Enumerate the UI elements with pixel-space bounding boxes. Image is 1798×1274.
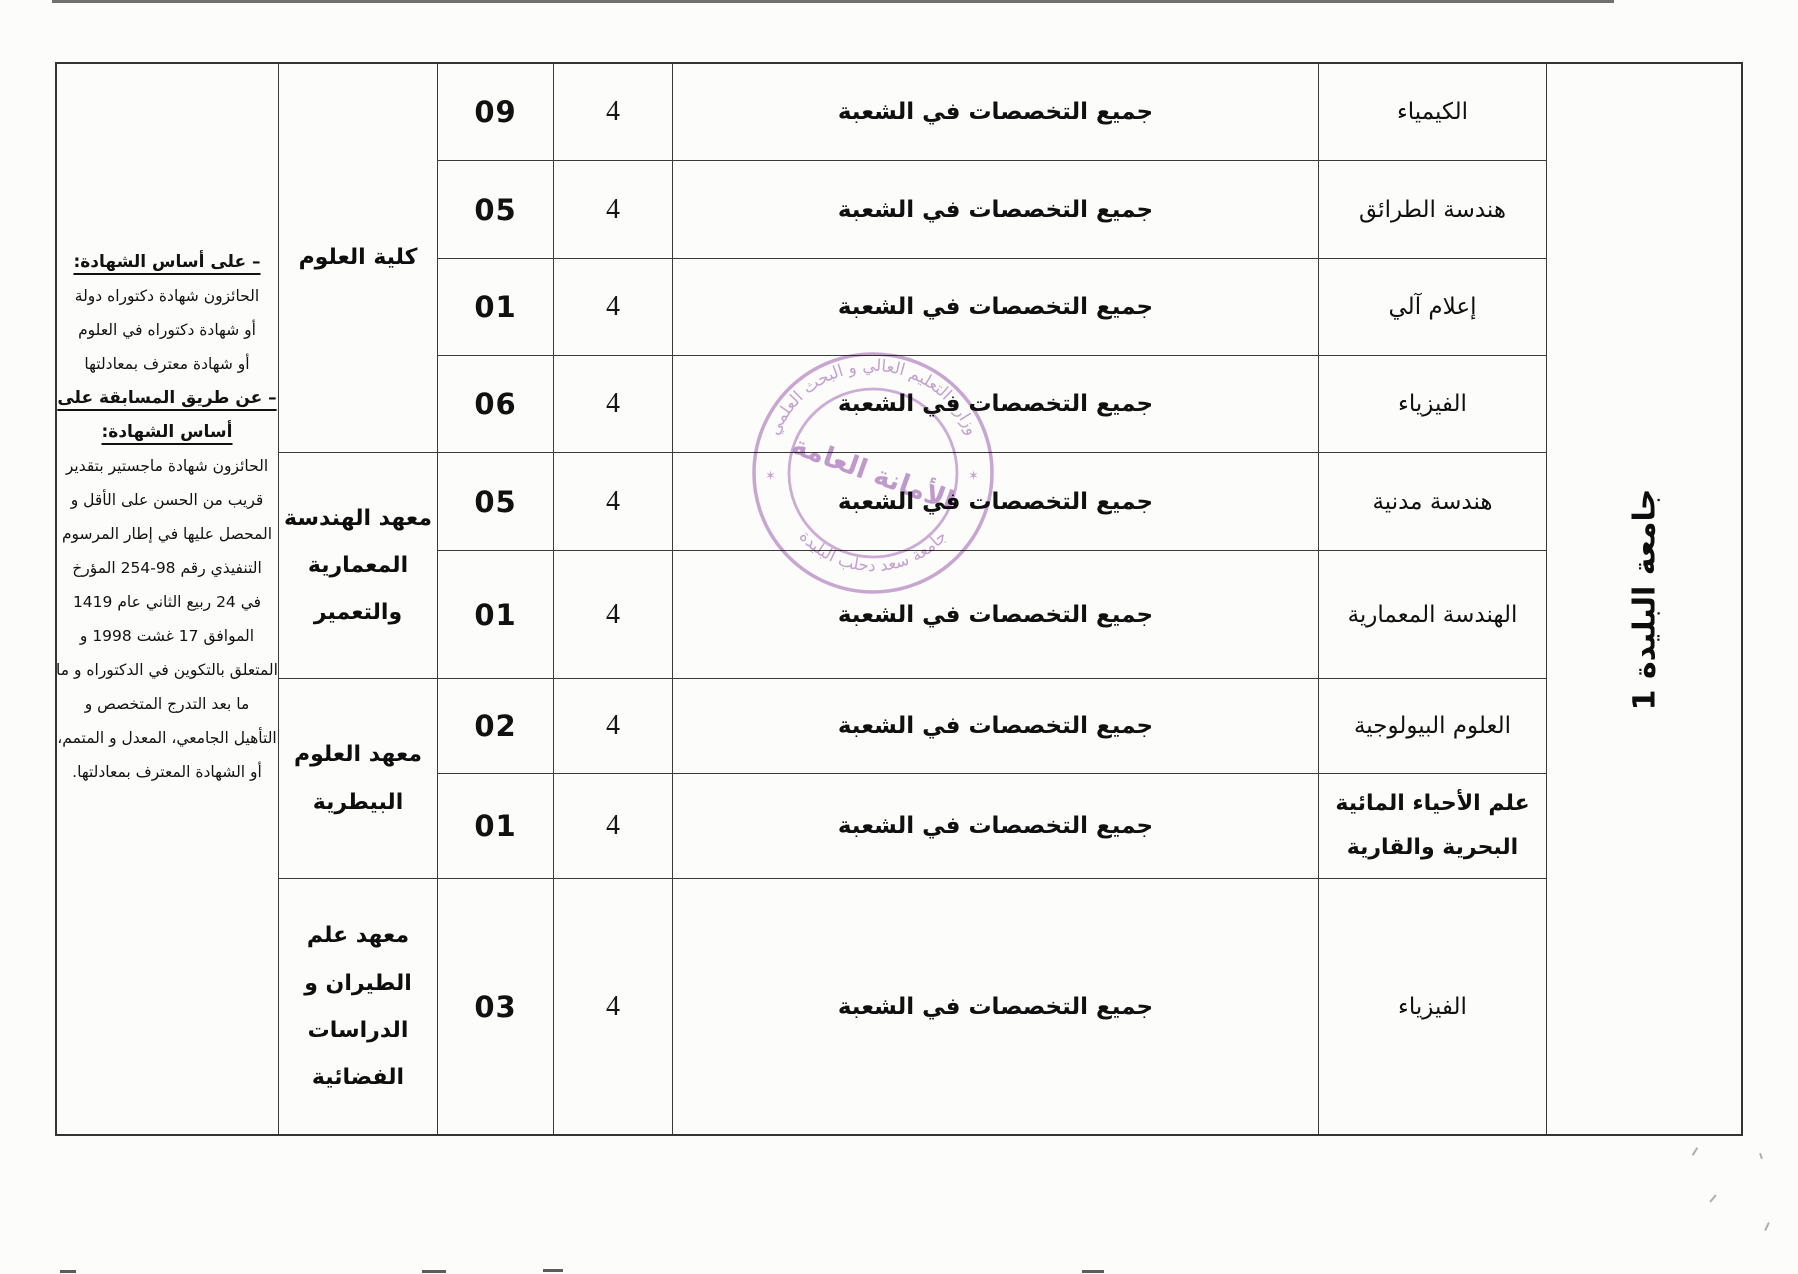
specialty-cell: الفيزياء <box>1318 878 1547 1136</box>
condition-heading: أساس الشهادة: <box>56 415 278 449</box>
duration-cell: 4 <box>553 550 673 679</box>
recruitment-conditions-text: – على أساس الشهادة: الحائزون شهادة دكتور… <box>56 63 278 789</box>
scan-edge-artifact <box>543 1269 563 1272</box>
duration-cell: 4 <box>553 355 673 453</box>
specialty-cell: هندسة مدنية <box>1318 452 1547 551</box>
positions-count-cell: 01 <box>437 258 554 356</box>
specialty-cell: الهندسة المعمارية <box>1318 550 1547 679</box>
scan-edge-artifact <box>1082 1270 1104 1273</box>
branch-cell: جميع التخصصات في الشعبة <box>672 452 1319 551</box>
pen-mark-artifact <box>1692 1147 1698 1156</box>
positions-count-cell: 09 <box>437 62 554 161</box>
specialty-cell: هندسة الطرائق <box>1318 160 1547 259</box>
duration-cell: 4 <box>553 160 673 259</box>
branch-cell: جميع التخصصات في الشعبة <box>672 160 1319 259</box>
positions-count-cell: 02 <box>437 678 554 774</box>
pen-mark-artifact <box>1764 1222 1770 1231</box>
university-name: جامعة البليدة 1 <box>1627 488 1662 710</box>
branch-cell: جميع التخصصات في الشعبة <box>672 773 1319 879</box>
branch-cell: جميع التخصصات في الشعبة <box>672 678 1319 774</box>
specialty-cell: إعلام آلي <box>1318 258 1547 356</box>
duration-cell: 4 <box>553 258 673 356</box>
positions-count-cell: 06 <box>437 355 554 453</box>
condition-heading: – على أساس الشهادة: <box>56 245 278 279</box>
positions-count-cell: 01 <box>437 550 554 679</box>
duration-cell: 4 <box>553 678 673 774</box>
recruitment-conditions-column: – على أساس الشهادة: الحائزون شهادة دكتور… <box>55 62 279 1136</box>
duration-cell: 4 <box>553 773 673 879</box>
scan-edge-artifact-top <box>52 0 1614 3</box>
faculty-cell-aeronautics-institute: معهد علم الطيران و الدراسات الفضائية <box>278 878 438 1136</box>
specialty-cell: علم الأحياء المائية البحرية والقارية <box>1318 773 1547 879</box>
scan-edge-artifact <box>422 1270 446 1273</box>
positions-count-cell: 05 <box>437 452 554 551</box>
positions-count-cell: 03 <box>437 878 554 1136</box>
duration-cell: 4 <box>553 62 673 161</box>
specialty-cell: الكيمياء <box>1318 62 1547 161</box>
branch-cell: جميع التخصصات في الشعبة <box>672 355 1319 453</box>
positions-count-cell: 05 <box>437 160 554 259</box>
faculty-cell-veterinary-institute: معهد العلوم البيطرية <box>278 678 438 879</box>
branch-cell: جميع التخصصات في الشعبة <box>672 258 1319 356</box>
positions-count-cell: 01 <box>437 773 554 879</box>
university-column: جامعة البليدة 1 <box>1546 62 1743 1136</box>
pen-mark-artifact <box>1759 1153 1763 1159</box>
faculty-cell-architecture-institute: معهد الهندسة المعمارية والتعمير <box>278 452 438 679</box>
scan-edge-artifact <box>60 1270 76 1273</box>
specialty-cell: الفيزياء <box>1318 355 1547 453</box>
branch-cell: جميع التخصصات في الشعبة <box>672 550 1319 679</box>
duration-cell: 4 <box>553 878 673 1136</box>
branch-cell: جميع التخصصات في الشعبة <box>672 62 1319 161</box>
condition-heading: – عن طريق المسابقة على <box>56 381 278 415</box>
specialty-cell: العلوم البيولوجية <box>1318 678 1547 774</box>
duration-cell: 4 <box>553 452 673 551</box>
pen-mark-artifact <box>1709 1194 1716 1202</box>
document-page: – على أساس الشهادة: الحائزون شهادة دكتور… <box>0 0 1798 1274</box>
branch-cell: جميع التخصصات في الشعبة <box>672 878 1319 1136</box>
faculty-cell-sciences: كلية العلوم <box>278 62 438 453</box>
